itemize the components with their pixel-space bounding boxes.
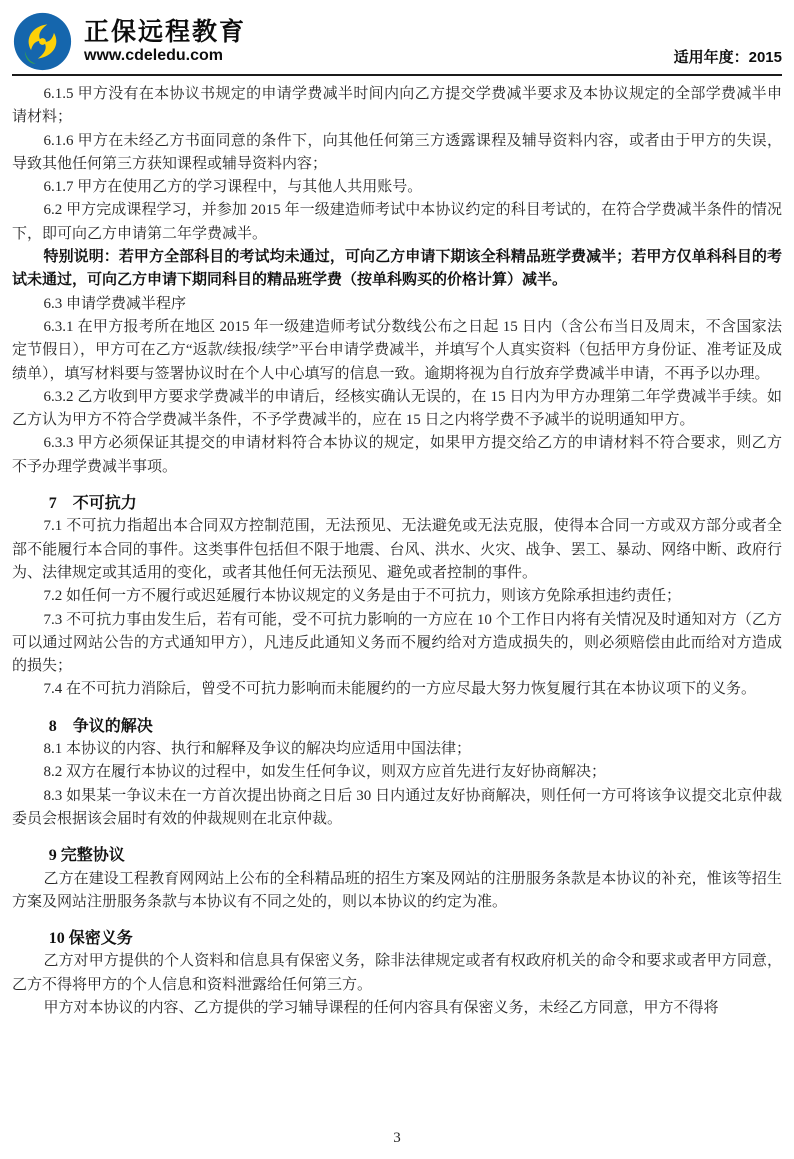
- brand: 正保远程教育 www.cdeledu.com: [12, 11, 246, 72]
- clause-7-3: 7.3 不可抗力事由发生后，若有可能，受不可抗力影响的一方应在 10 个工作日内…: [12, 609, 782, 679]
- clause-8-1: 8.1 本协议的内容、执行和解释及争议的解决均应适用中国法律；: [12, 738, 782, 761]
- brand-name: 正保远程教育: [84, 18, 246, 47]
- page-header: 正保远程教育 www.cdeledu.com 适用年度：2015: [0, 0, 794, 72]
- clause-10-body-2: 甲方对本协议的内容、乙方提供的学习辅导课程的任何内容具有保密义务，未经乙方同意，…: [12, 997, 782, 1020]
- clause-8-3: 8.3 如果某一争议未在一方首次提出协商之日后 30 日内通过友好协商解决，则任…: [12, 785, 782, 832]
- section-9-heading: 9 完整协议: [12, 844, 782, 867]
- section-7-heading: 7 不可抗力: [12, 492, 782, 515]
- clause-6-3-2: 6.3.2 乙方收到甲方要求学费减半的申请后，经核实确认无误的，在 15 日内为…: [12, 386, 782, 433]
- brand-logo-icon: [12, 11, 73, 72]
- applicable-year-label: 适用年度：2015: [674, 46, 782, 72]
- clause-10-body-1: 乙方对甲方提供的个人资料和信息具有保密义务，除非法律规定或者有权政府机关的命令和…: [12, 950, 782, 997]
- brand-url: www.cdeledu.com: [84, 47, 246, 65]
- document-body: 6.1.5 甲方没有在本协议书规定的申请学费减半时间内向乙方提交学费减半要求及本…: [0, 76, 794, 1020]
- page-number: 3: [0, 1130, 794, 1147]
- clause-6-3-1: 6.3.1 在甲方报考所在地区 2015 年一级建造师考试分数线公布之日起 15…: [12, 316, 782, 386]
- clause-6-1-5: 6.1.5 甲方没有在本协议书规定的申请学费减半时间内向乙方提交学费减半要求及本…: [12, 83, 782, 130]
- clause-7-4: 7.4 在不可抗力消除后，曾受不可抗力影响而未能履约的一方应尽最大努力恢复履行其…: [12, 678, 782, 701]
- clause-7-1: 7.1 不可抗力指超出本合同双方控制范围，无法预见、无法避免或无法克服，使得本合…: [12, 515, 782, 585]
- brand-text: 正保远程教育 www.cdeledu.com: [84, 18, 246, 64]
- clause-7-2: 7.2 如任何一方不履行或迟延履行本协议规定的义务是由于不可抗力，则该方免除承担…: [12, 585, 782, 608]
- clause-6-2: 6.2 甲方完成课程学习，并参加 2015 年一级建造师考试中本协议约定的科目考…: [12, 199, 782, 246]
- special-note: 特别说明：若甲方全部科目的考试均未通过，可向乙方申请下期该全科精品班学费减半；若…: [12, 246, 782, 293]
- clause-6-3-3: 6.3.3 甲方必须保证其提交的申请材料符合本协议的规定，如果甲方提交给乙方的申…: [12, 432, 782, 479]
- clause-6-1-7: 6.1.7 甲方在使用乙方的学习课程中，与其他人共用账号。: [12, 176, 782, 199]
- clause-6-3: 6.3 申请学费减半程序: [12, 293, 782, 316]
- clause-8-2: 8.2 双方在履行本协议的过程中，如发生任何争议，则双方应首先进行友好协商解决；: [12, 761, 782, 784]
- clause-6-1-6: 6.1.6 甲方在未经乙方书面同意的条件下，向其他任何第三方透露课程及辅导资料内…: [12, 130, 782, 177]
- document-page: 正保远程教育 www.cdeledu.com 适用年度：2015 6.1.5 甲…: [0, 0, 794, 1159]
- section-8-heading: 8 争议的解决: [12, 715, 782, 738]
- section-10-heading: 10 保密义务: [12, 927, 782, 950]
- clause-9-body: 乙方在建设工程教育网网站上公布的全科精品班的招生方案及网站的注册服务条款是本协议…: [12, 868, 782, 915]
